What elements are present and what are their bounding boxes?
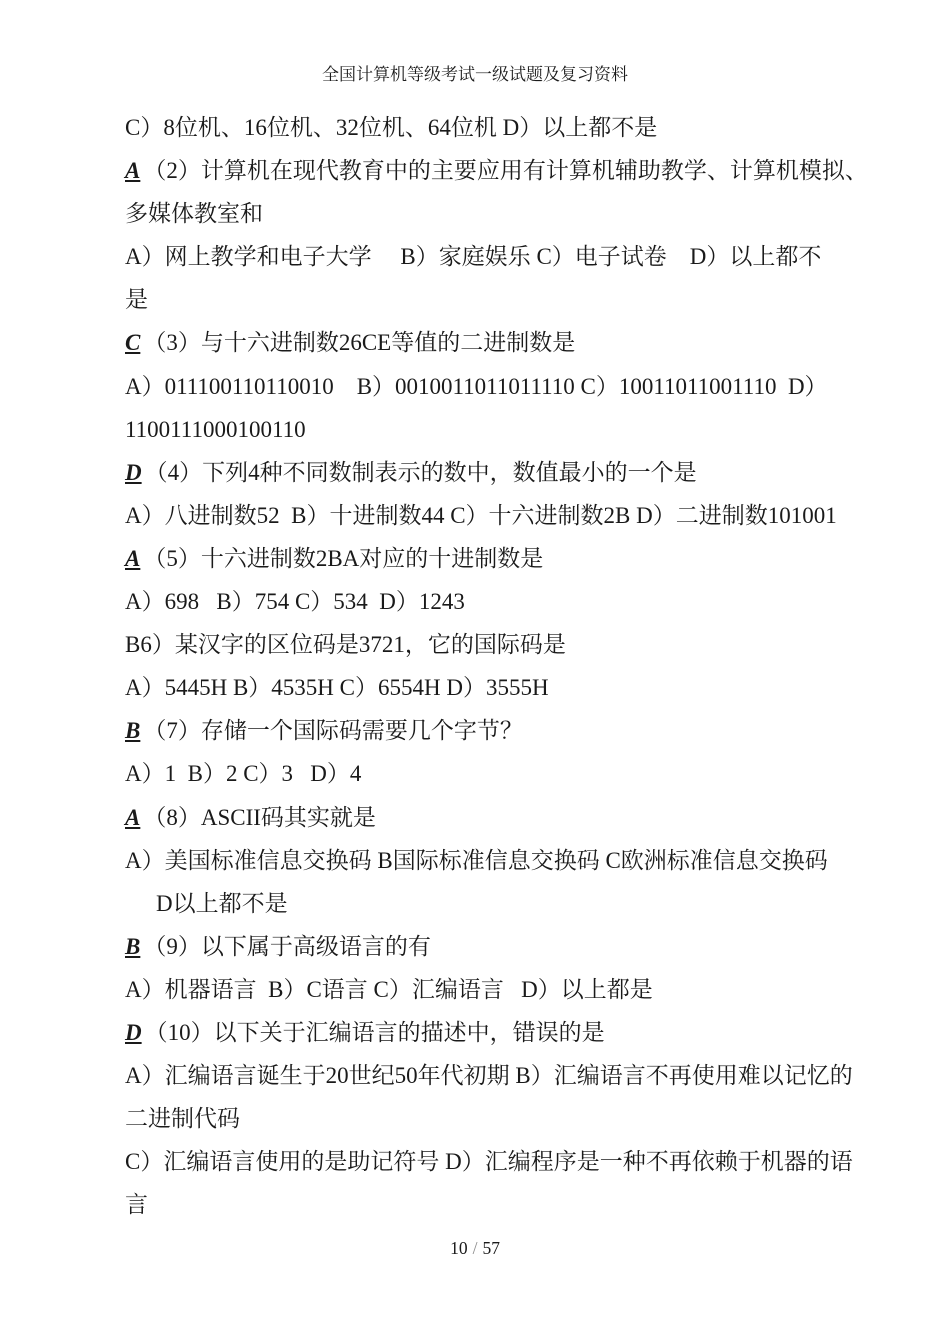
- text-line: B（7）存储一个国际码需要几个字节？: [125, 709, 840, 752]
- text-line: A）机器语言 B）C语言 C）汇编语言 D）以上都是: [125, 968, 840, 1011]
- text-line: D以上都不是: [125, 882, 840, 925]
- page-number-total: 57: [482, 1238, 500, 1258]
- text-line: A）网上教学和电子大学 B）家庭娱乐 C）电子试卷 D）以上都不: [125, 235, 840, 278]
- text-line: A（8）ASCII码其实就是: [125, 796, 840, 839]
- text-line: A）011100110110010 B）0010011011011110 C）1…: [125, 365, 840, 408]
- text-line: A）汇编语言诞生于20世纪50年代初期 B）汇编语言不再使用难以记忆的: [125, 1054, 840, 1097]
- page-footer: 10/57: [0, 1236, 950, 1260]
- answer-letter: A: [125, 546, 143, 571]
- answer-letter: A: [125, 158, 143, 183]
- text-line: B（9）以下属于高级语言的有: [125, 925, 840, 968]
- text-line: A（5）十六进制数2BA对应的十进制数是: [125, 537, 840, 580]
- text-line: A）1 B）2 C）3 D）4: [125, 752, 840, 795]
- text-line: C（3）与十六进制数26CE等值的二进制数是: [125, 321, 840, 364]
- text-line: D（4）下列4种不同数制表示的数中，数值最小的一个是: [125, 451, 840, 494]
- text-line: 言: [125, 1183, 840, 1226]
- answer-letter: B: [125, 718, 143, 743]
- text-line: A）698 B）754 C）534 D）1243: [125, 580, 840, 623]
- document-header-title: 全国计算机等级考试一级试题及复习资料: [0, 64, 950, 86]
- text-line: 是: [125, 278, 840, 321]
- text-line: C）8位机、16位机、32位机、64位机 D）以上都不是: [125, 106, 840, 149]
- answer-letter: A: [125, 805, 143, 830]
- text-line: A）5445H B）4535H C）6554H D）3555H: [125, 666, 840, 709]
- text-line: A）美国标准信息交换码 B国际标准信息交换码 C欧洲标准信息交换码: [125, 839, 840, 882]
- text-line: 多媒体教室和: [125, 192, 840, 235]
- page-number-current: 10: [450, 1238, 468, 1258]
- document-page: 全国计算机等级考试一级试题及复习资料 C）8位机、16位机、32位机、64位机 …: [0, 0, 950, 1341]
- answer-letter: D: [125, 460, 145, 485]
- text-line: C）汇编语言使用的是助记符号 D）汇编程序是一种不再依赖于机器的语: [125, 1140, 840, 1183]
- answer-letter: B: [125, 934, 143, 959]
- answer-letter: D: [125, 1020, 145, 1045]
- text-line: 二进制代码: [125, 1097, 840, 1140]
- text-line: B6）某汉字的区位码是3721，它的国际码是: [125, 623, 840, 666]
- document-body: C）8位机、16位机、32位机、64位机 D）以上都不是A（2）计算机在现代教育…: [125, 106, 840, 1226]
- answer-letter: C: [125, 330, 143, 355]
- text-line: D（10）以下关于汇编语言的描述中，错误的是: [125, 1011, 840, 1054]
- text-line: 1100111000100110: [125, 408, 840, 451]
- text-line: A）八进制数52 B）十进制数44 C）十六进制数2B D）二进制数101001: [125, 494, 840, 537]
- page-number-separator: /: [468, 1238, 483, 1258]
- text-line: A（2）计算机在现代教育中的主要应用有计算机辅助教学、计算机模拟、: [125, 149, 840, 192]
